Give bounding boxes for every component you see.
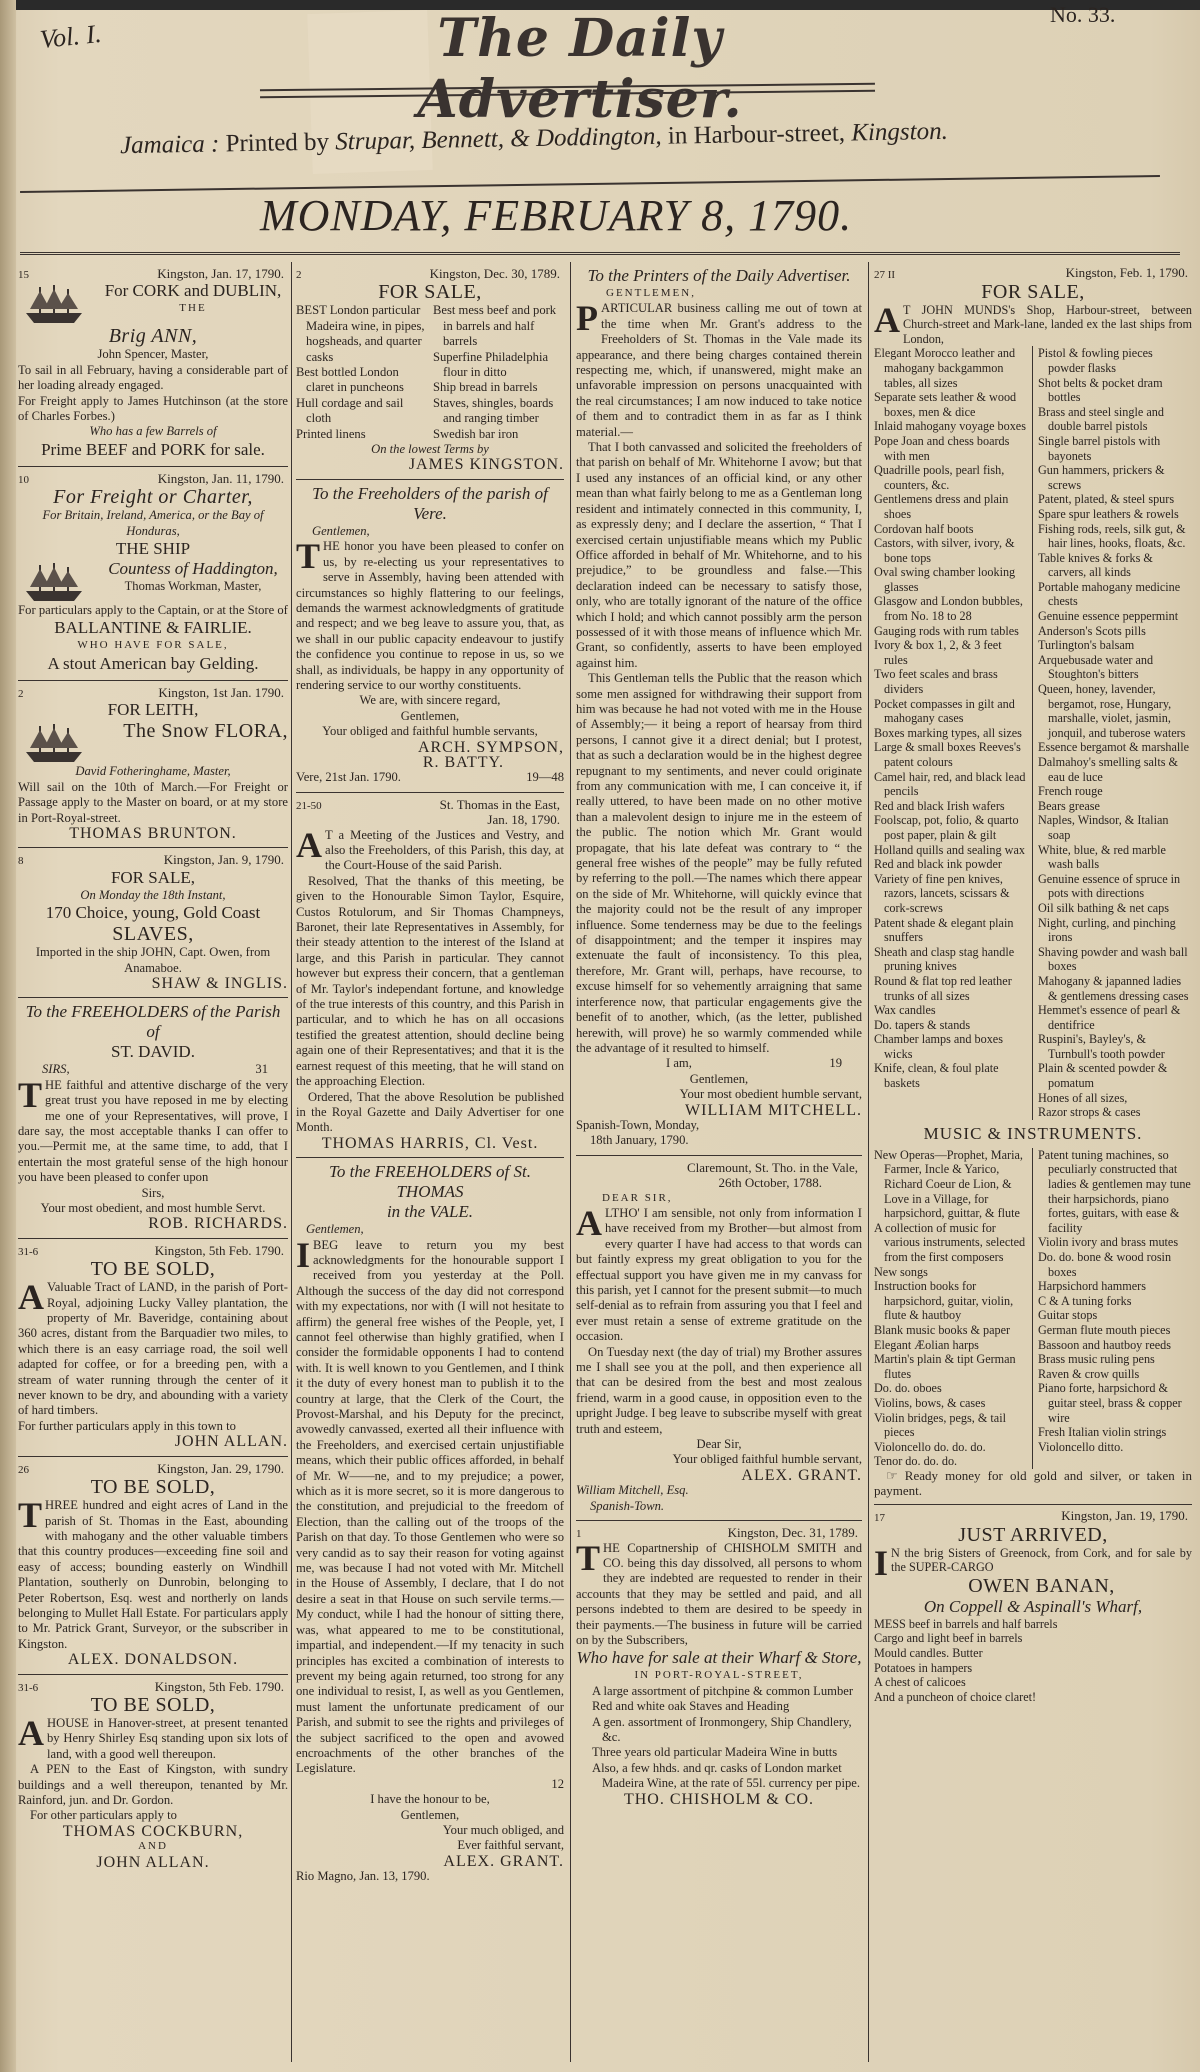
goods-item: Variety of fine pen knives, razors, lanc…	[874, 872, 1028, 916]
ad-body: Valuable Tract of LAND, in the parish of…	[18, 1280, 288, 1417]
ad-place: Rio Magno, Jan. 13, 1790.	[296, 1869, 564, 1884]
imprint-printers: Strupar, Bennett, & Doddington,	[335, 123, 662, 156]
goods-item: Sheath and clasp stag handle pruning kni…	[874, 945, 1028, 974]
ad-body: BEG leave to return you my best acknowle…	[296, 1238, 564, 1776]
goods-item: Inlaid mahogany voyage boxes	[874, 419, 1028, 434]
ad-headline: To the FREEHOLDERS of the Parish of	[18, 1002, 288, 1042]
drop-cap: T	[576, 1543, 600, 1573]
column-rule	[868, 262, 869, 2062]
goods-item: Genuine essence peppermint	[1038, 609, 1192, 624]
goods-item: BEST London particular Madeira wine, in …	[296, 303, 427, 365]
letter-paragraph: That I both canvassed and solicited the …	[576, 440, 862, 671]
goods-item: Violoncello do. do. do.	[874, 1440, 1028, 1455]
ship-icon	[22, 561, 92, 603]
drop-cap: A	[296, 830, 322, 860]
ad-headline: For Freight or Charter,	[18, 486, 288, 508]
drop-cap: A	[18, 1282, 44, 1312]
goods-item: Elegant Æolian harps	[874, 1338, 1028, 1353]
ad-subhead: WHO HAVE FOR SALE,	[18, 638, 288, 653]
goods-item: Two feet scales and brass dividers	[874, 667, 1028, 696]
ad-number: 17	[874, 1511, 885, 1526]
ad-number: 10	[18, 473, 29, 488]
imprint-text: Printed by	[225, 129, 329, 158]
goods-item: Patent, plated, & steel spurs	[1038, 492, 1192, 507]
goods-item: Red and black Irish wafers	[874, 799, 1028, 814]
ad-headline: To the Freeholders of the parish of Vere…	[296, 484, 564, 524]
ad-signature: THOMAS BRUNTON.	[18, 826, 288, 841]
ad-dateline: Kingston, Dec. 30, 1789.	[296, 266, 564, 281]
ad-sale-gold-coast: 8 Kingston, Jan. 9, 1790. FOR SALE, On M…	[18, 848, 288, 998]
goods-item: A gen. assortment of Ironmongery, Ship C…	[576, 1715, 862, 1746]
salutation: Gentlemen,	[296, 1222, 564, 1237]
goods-item: Night, curling, and pinching irons	[1038, 916, 1192, 945]
goods-item: Single barrel pistols with bayonets	[1038, 434, 1192, 463]
ad-number: 2	[296, 268, 302, 283]
ad-land-st-thomas: 26 Kingston, Jan. 29, 1790. TO BE SOLD, …	[18, 1457, 288, 1675]
goods-item: Camel hair, red, and black lead pencils	[874, 770, 1028, 799]
ad-firm: BALLANTINE & FAIRLIE.	[18, 618, 288, 638]
ad-cork-dublin: 15 Kingston, Jan. 17, 1790. For CORK and…	[18, 262, 288, 467]
ad-apply: For other particulars apply to	[18, 1808, 288, 1823]
ad-john-munds: 27 II Kingston, Feb. 1, 1790. FOR SALE, …	[874, 262, 1192, 1505]
closing: Dear Sir,	[576, 1437, 862, 1452]
goods-item: Hull cordage and sail cloth	[296, 396, 427, 427]
imprint-place: Jamaica :	[120, 130, 220, 159]
goods-item: And a puncheon of choice claret!	[874, 1690, 1192, 1705]
letter-grant: Claremount, St. Tho. in the Vale, 26th O…	[576, 1156, 862, 1521]
goods-item: Boxes marking types, all sizes	[874, 726, 1028, 741]
ad-headline: FOR SALE,	[18, 868, 288, 888]
goods-item: New songs	[874, 1265, 1028, 1280]
drop-cap: A	[18, 1718, 44, 1748]
goods-item: Castors, with silver, ivory, & bone tops	[874, 536, 1028, 565]
goods-item: Swedish bar iron	[433, 427, 564, 442]
ad-freight: For Freight apply to James Hutchinson (a…	[18, 394, 288, 425]
ad-st-david: To the FREEHOLDERS of the Parish of ST. …	[18, 998, 288, 1238]
goods-item: White, blue, & red marble wash balls	[1038, 843, 1192, 872]
ad-dateline: Jan. 18, 1790.	[296, 812, 564, 827]
drop-cap: P	[576, 303, 598, 333]
letter-mitchell: To the Printers of the Daily Advertiser.…	[576, 262, 862, 1156]
ad-number: 8	[18, 854, 24, 869]
ad-note: Who has a few Barrels of	[18, 424, 288, 439]
goods-item: Martin's plain & tipt German flutes	[874, 1352, 1028, 1381]
goods-item: Fresh Italian violin strings	[1038, 1425, 1192, 1440]
goods-list: BEST London particular Madeira wine, in …	[296, 303, 564, 442]
ad-body: Ordered, That the above Resolution be pu…	[296, 1090, 564, 1136]
goods-item: Foolscap, pot, folio, & quarto post pape…	[874, 813, 1028, 842]
goods-item: Also, a few hhds. and qr. casks of Londo…	[576, 1761, 862, 1792]
letter-paragraph: ARTICULAR business calling me out of tow…	[576, 301, 862, 438]
column-3: To the Printers of the Daily Advertiser.…	[576, 262, 862, 1813]
ad-number: 19—48	[526, 770, 564, 785]
goods-item: Anderson's Scots pills	[1038, 624, 1192, 639]
ship-icon	[22, 722, 92, 764]
salutation: DEAR SIR,	[576, 1191, 862, 1206]
goods-item: Shot belts & pocket dram bottles	[1038, 376, 1192, 405]
drop-cap: I	[874, 1548, 888, 1578]
goods-item: Pocket compasses in gilt and mahogany ca…	[874, 697, 1028, 726]
ad-st-thomas-vale: To the FREEHOLDERS of St. THOMAS in the …	[296, 1158, 564, 1890]
ad-signature: WILLIAM MITCHELL.	[576, 1103, 862, 1118]
ad-destinations: For Britain, Ireland, America, or the Ba…	[18, 508, 288, 539]
goods-item: Oval swing chamber looking glasses	[874, 565, 1028, 594]
music-section-heading: MUSIC & INSTRUMENTS.	[874, 1124, 1192, 1144]
ad-body: HREE hundred and eight acres of Land in …	[18, 1498, 288, 1651]
goods-item: Hemmet's essence of pearl & dentifrice	[1038, 1003, 1192, 1032]
ad-body: HE Copartnership of CHISHOLM SMITH and C…	[576, 1541, 862, 1647]
ad-dateline: Kingston, Jan. 9, 1790.	[18, 852, 288, 867]
ad-subhead: IN PORT-ROYAL-STREET,	[576, 1668, 862, 1683]
ad-dateline: Kingston, 5th Feb. 1790.	[18, 1679, 288, 1694]
goods-item: Red and white oak Staves and Heading	[576, 1699, 862, 1714]
ad-headline: FOR SALE,	[296, 281, 564, 303]
goods-item: Wax candles	[874, 1003, 1028, 1018]
goods-item: Oil silk bathing & net caps	[1038, 901, 1192, 916]
newspaper-title: The Daily Advertiser.	[300, 8, 860, 130]
ad-signature: JAMES KINGSTON.	[296, 457, 564, 472]
ad-signature: THO. CHISHOLM & CO.	[576, 1792, 862, 1807]
ad-signature: R. BATTY.	[296, 755, 564, 770]
goods-item: Separate sets leather & wood boxes, men …	[874, 390, 1028, 419]
column-2: 2 Kingston, Dec. 30, 1789. FOR SALE, BES…	[296, 262, 564, 1891]
closing: Your obliged and faithful humble servant…	[296, 724, 564, 739]
ad-body: HE honor you have been pleased to confer…	[296, 539, 564, 692]
goods-item: Guitar stops	[1038, 1308, 1192, 1323]
goods-item: Dalmahoy's smelling salts & eau de luce	[1038, 755, 1192, 784]
goods-item: Genuine essence of spruce in pots with d…	[1038, 872, 1192, 901]
ad-name: OWEN BANAN,	[874, 1575, 1192, 1597]
goods-list: Elegant Morocco leather and mahogany bac…	[874, 346, 1192, 1119]
drop-cap: T	[18, 1500, 42, 1530]
goods-item: Mould candles. Butter	[874, 1646, 1192, 1661]
ad-dateline: Kingston, Jan. 17, 1790.	[18, 266, 288, 281]
ad-dateline: Kingston, 5th Feb. 1790.	[18, 1243, 288, 1258]
ad-signature: ALEX. DONALDSON.	[18, 1652, 288, 1667]
salutation: SIRS,	[42, 1062, 70, 1077]
ad-and: AND	[18, 1839, 288, 1854]
closing: Gentlemen,	[576, 1072, 862, 1087]
ship-name: Brig ANN,	[18, 325, 288, 347]
goods-item: Chamber lamps and boxes wicks	[874, 1032, 1028, 1061]
ad-dateline: Claremount, St. Tho. in the Vale,	[576, 1160, 862, 1175]
ad-number: 26	[18, 1463, 29, 1478]
ad-headline: TO BE SOLD,	[18, 1476, 288, 1498]
goods-item: Pope Joan and chess boards with men	[874, 434, 1028, 463]
letter-paragraph: This Gentleman tells the Public that the…	[576, 671, 862, 1056]
ad-number: 2	[18, 687, 24, 702]
ad-number: 19	[829, 1056, 842, 1071]
goods-item: Pistol & fowling pieces powder flasks	[1038, 346, 1192, 375]
ad-number: 31	[255, 1062, 268, 1077]
ad-apply: For further particulars apply in this to…	[18, 1419, 288, 1434]
goods-item: Round & flat top red leather trunks of a…	[874, 974, 1028, 1003]
ad-where: On Coppell & Aspinall's Wharf,	[874, 1597, 1192, 1617]
closing: I have the honour to be,	[296, 1792, 564, 1807]
goods-item: Gentlemens dress and plain shoes	[874, 492, 1028, 521]
goods-item: Violin bridges, pegs, & tail pieces	[874, 1411, 1028, 1440]
ship-master: John Spencer, Master,	[18, 347, 288, 362]
ad-just-arrived: 17 Kingston, Jan. 19, 1790. JUST ARRIVED…	[874, 1505, 1192, 1710]
ad-dateline: Kingston, Dec. 31, 1789.	[576, 1525, 862, 1540]
ad-subhead: THE SHIP	[18, 539, 288, 559]
goods-item: German flute mouth pieces	[1038, 1323, 1192, 1338]
ad-line: Imported in the ship JOHN, Capt. Owen, f…	[18, 945, 288, 976]
imprint-street: in Harbour-street,	[668, 120, 846, 150]
drop-cap: T	[296, 541, 320, 571]
ad-headline: in the VALE.	[296, 1202, 564, 1222]
goods-item: Hones of all sizes,	[1038, 1091, 1192, 1106]
goods-item: Violoncello ditto.	[1038, 1440, 1192, 1455]
goods-item: Razor strops & cases	[1038, 1105, 1192, 1120]
ad-headline: JUST ARRIVED,	[874, 1524, 1192, 1546]
ad-signature: JOHN ALLAN.	[18, 1855, 288, 1870]
ad-body: N the brig Sisters of Greenock, from Cor…	[891, 1546, 1192, 1575]
ad-body: To sail in all February, having a consid…	[18, 363, 288, 394]
goods-item: A chest of calicoes	[874, 1675, 1192, 1690]
goods-item: Cargo and light beef in barrels	[874, 1631, 1192, 1646]
goods-item: Superfine Philadelphia flour in ditto	[433, 350, 564, 381]
music-list: New Operas—Prophet, Maria, Farmer, Incle…	[874, 1148, 1192, 1469]
ad-signature: SHAW & INGLIS.	[18, 976, 288, 991]
goods-item: Large & small boxes Reeves's patent colo…	[874, 740, 1028, 769]
ad-dateline: Kingston, Jan. 19, 1790.	[874, 1509, 1192, 1524]
closing: We are, with sincere regard,	[296, 693, 564, 708]
ad-body: A PEN to the East of Kingston, with sund…	[18, 1762, 288, 1808]
closing: Ever faithful servant,	[296, 1838, 564, 1853]
ad-kingston-sale: 2 Kingston, Dec. 30, 1789. FOR SALE, BES…	[296, 262, 564, 480]
salutation: Gentlemen,	[296, 524, 564, 539]
goods-item: A large assortment of pitchpine & common…	[576, 1684, 862, 1699]
goods-item: Table knives & forks & carvers, all kind…	[1038, 551, 1192, 580]
ship-master: David Fotheringhame, Master,	[18, 764, 288, 779]
ad-subhead: Who have for sale at their Wharf & Store…	[576, 1648, 862, 1668]
goods-item: Mahogany & japanned ladies & gentlemens …	[1038, 974, 1192, 1003]
ad-number: 31-6	[18, 1681, 38, 1696]
goods-item: Knife, clean, & foul plate baskets	[874, 1061, 1028, 1090]
goods-item: Printed linens	[296, 427, 427, 442]
ad-footer: Ready money for old gold and silver, or …	[874, 1468, 1192, 1498]
ad-signature: THOMAS HARRIS, Cl. Vest.	[296, 1136, 564, 1151]
ad-headline: TO BE SOLD,	[18, 1694, 288, 1716]
ad-dateline: Kingston, 1st Jan. 1790.	[18, 685, 288, 700]
goods-item: Ship bread in barrels	[433, 380, 564, 395]
goods-item: Spare spur leathers & rowels	[1038, 507, 1192, 522]
closing: Gentlemen,	[296, 1808, 564, 1823]
ad-house-hanover: 31-6 Kingston, 5th Feb. 1790. TO BE SOLD…	[18, 1675, 288, 1876]
letter-paragraph: On Tuesday next (the day of trial) my Br…	[576, 1345, 862, 1437]
ad-place: 18th January, 1790.	[576, 1133, 862, 1148]
drop-cap: I	[296, 1240, 310, 1270]
goods-item: Brass music ruling pens	[1038, 1352, 1192, 1367]
goods-item: New Operas—Prophet, Maria, Farmer, Incle…	[874, 1148, 1028, 1221]
goods-item: Bassoon and hautboy reeds	[1038, 1338, 1192, 1353]
closing: I am,	[666, 1056, 692, 1071]
goods-item: Plain & scented powder & pomatum	[1038, 1061, 1192, 1090]
goods-item: French rouge	[1038, 784, 1192, 799]
drop-cap: A	[874, 305, 900, 335]
ad-number: 27 II	[874, 268, 895, 283]
goods-item: Turlington's balsam	[1038, 638, 1192, 653]
goods-item: Best mess beef and pork in barrels and h…	[433, 303, 564, 349]
ad-dateline: 26th October, 1788.	[576, 1175, 862, 1190]
goods-item: MESS beef in barrels and half barrels	[874, 1617, 1192, 1632]
goods-item: Harpsichord hammers	[1038, 1279, 1192, 1294]
ad-body: HOUSE in Hanover-street, at present tena…	[47, 1716, 288, 1761]
goods-item: Brass and steel single and double barrel…	[1038, 405, 1192, 434]
ad-freight-charter: 10 Kingston, Jan. 11, 1790. For Freight …	[18, 467, 288, 681]
ad-goods: Prime BEEF and PORK for sale.	[18, 440, 288, 460]
ad-place: Vere, 21st Jan. 1790.	[296, 770, 401, 785]
goods-item: Best bottled London claret in puncheons	[296, 365, 427, 396]
ad-land-port-royal: 31-6 Kingston, 5th Feb. 1790. TO BE SOLD…	[18, 1239, 288, 1457]
ad-st-thomas-east: 21-50 St. Thomas in the East, Jan. 18, 1…	[296, 793, 564, 1158]
ad-number: 1	[576, 1527, 582, 1542]
goods-item: Staves, shingles, boards and ranging tim…	[433, 396, 564, 427]
ad-vere: To the Freeholders of the parish of Vere…	[296, 480, 564, 793]
salutation: GENTLEMEN,	[576, 286, 862, 301]
goods-item: Glasgow and London bubbles, from No. 18 …	[874, 594, 1028, 623]
goods-item: Quadrille pools, pearl fish, counters, &…	[874, 463, 1028, 492]
goods-item: Ruspini's, Bayley's, & Turnbull's tooth …	[1038, 1032, 1192, 1061]
ad-dateline: Kingston, Jan. 29, 1790.	[18, 1461, 288, 1476]
ad-number: 15	[18, 268, 29, 283]
ad-body: T a Meeting of the Justices and Vestry, …	[325, 828, 564, 873]
ad-headline: FOR LEITH,	[18, 700, 288, 720]
goods-item: Shaving powder and wash ball boxes	[1038, 945, 1192, 974]
ad-signature: JOHN ALLAN.	[18, 1434, 288, 1449]
goods-item: Three years old particular Madeira Wine …	[576, 1745, 862, 1760]
column-1: 15 Kingston, Jan. 17, 1790. For CORK and…	[18, 262, 288, 1876]
goods-item: Do. do. oboes	[874, 1381, 1028, 1396]
closing: Your much obliged, and	[296, 1823, 564, 1838]
goods-item: Essence bergamot & marshalle	[1038, 740, 1192, 755]
issue-number: No. 33.	[1050, 2, 1115, 28]
goods-item: Instruction books for harpsichord, guita…	[874, 1279, 1028, 1323]
drop-cap: T	[18, 1080, 42, 1110]
ad-chisholm: 1 Kingston, Dec. 31, 1789. THE Copartner…	[576, 1521, 862, 1813]
goods-item: Holland quills and sealing wax	[874, 843, 1028, 858]
goods-item: A collection of music for various instru…	[874, 1221, 1028, 1265]
ad-number: 21-50	[296, 799, 322, 814]
goods-item: Ivory & box 1, 2, & 3 feet rules	[874, 638, 1028, 667]
ad-signature: THOMAS COCKBURN,	[18, 1824, 288, 1839]
goods-item: Violins, bows, & cases	[874, 1396, 1028, 1411]
goods-item: Patent shade & elegant plain snuffers	[874, 916, 1028, 945]
ad-body: Will sail on the 10th of March.—For Frei…	[18, 780, 288, 826]
goods-item: Do. tapers & stands	[874, 1018, 1028, 1033]
ad-line: 170 Choice, young, Gold Coast	[18, 903, 288, 923]
goods-item: Gun hammers, prickers & screws	[1038, 463, 1192, 492]
goods-item: Potatoes in hampers	[874, 1661, 1192, 1676]
column-4: 27 II Kingston, Feb. 1, 1790. FOR SALE, …	[874, 262, 1192, 1710]
closing: Sirs,	[18, 1186, 288, 1201]
imprint-city: Kingston.	[851, 118, 948, 147]
ad-signature: ROB. RICHARDS.	[18, 1216, 288, 1231]
ad-leith: 2 Kingston, 1st Jan. 1790. FOR LEITH, Th…	[18, 681, 288, 848]
volume-label: Vol. I.	[39, 19, 103, 55]
issue-date: MONDAY, FEBRUARY 8, 1790.	[260, 190, 860, 241]
ad-headline: TO BE SOLD,	[18, 1258, 288, 1280]
drop-cap: A	[576, 1208, 602, 1238]
ad-dateline: St. Thomas in the East,	[296, 797, 564, 812]
column-rule	[570, 262, 571, 2062]
closing: Your most obedient humble servant,	[576, 1087, 862, 1102]
ad-headline: To the FREEHOLDERS of St. THOMAS	[296, 1162, 564, 1202]
ad-headline: FOR SALE,	[874, 281, 1192, 303]
goods-item: Piano forte, harpsichord & guitar steel,…	[1038, 1381, 1192, 1425]
goods-item: Violin ivory and brass mutes	[1038, 1235, 1192, 1250]
goods-item: Blank music books & paper	[874, 1323, 1028, 1338]
addressee: William Mitchell, Esq.	[576, 1483, 862, 1498]
goods-item: Tenor do. do. do.	[874, 1454, 1028, 1469]
closing: Your most obedient, and most humble Serv…	[18, 1201, 288, 1216]
goods-item: Arquebusade water and Stoughton's bitter…	[1038, 653, 1192, 682]
ad-signature: ALEX. GRANT.	[576, 1468, 862, 1483]
ad-body: Resolved, That the thanks of this meetin…	[296, 874, 564, 1090]
binding-spine	[0, 0, 16, 2072]
addressee: Spanish-Town.	[576, 1499, 862, 1514]
column-rule	[291, 262, 292, 2062]
date-rule	[20, 252, 1180, 255]
pointing-hand-icon: ☞	[886, 1468, 898, 1483]
ad-body: HE faithful and attentive discharge of t…	[18, 1078, 288, 1184]
closing: Your obliged faithful humble servant,	[576, 1452, 862, 1467]
ad-body: T JOHN MUNDS's Shop, Harbour-street, bet…	[903, 303, 1192, 346]
ad-headline: To the Printers of the Daily Advertiser.	[576, 266, 862, 286]
letter-paragraph: LTHO' I am sensible, not only from infor…	[576, 1206, 862, 1343]
ad-place: Spanish-Town, Monday,	[576, 1118, 862, 1133]
ad-body: For particulars apply to the Captain, or…	[18, 603, 288, 618]
goods-item: Elegant Morocco leather and mahogany bac…	[874, 346, 1028, 390]
goods-item: Gauging rods with rum tables	[874, 624, 1028, 639]
closing: Gentlemen,	[296, 709, 564, 724]
ad-dateline: Kingston, Jan. 11, 1790.	[18, 471, 288, 486]
ad-signature: ARCH. SYMPSON,	[296, 740, 564, 755]
goods-item: Do. do. bone & wood rosin boxes	[1038, 1250, 1192, 1279]
ad-big-word: SLAVES,	[18, 923, 288, 945]
ad-terms: On the lowest Terms by	[296, 442, 564, 457]
ship-icon	[22, 283, 92, 325]
goods-item: Cordovan half boots	[874, 522, 1028, 537]
goods-item: Bears grease	[1038, 799, 1192, 814]
goods-item: Red and black ink powder	[874, 857, 1028, 872]
goods-item: Naples, Windsor, & Italian soap	[1038, 813, 1192, 842]
goods-item: C & A tuning forks	[1038, 1294, 1192, 1309]
ad-goods: A stout American bay Gelding.	[18, 654, 288, 674]
ad-when: On Monday the 18th Instant,	[18, 888, 288, 903]
goods-item: Fishing rods, reels, silk gut, & hair li…	[1038, 522, 1192, 551]
goods-item: Patent tuning machines, so peculiarly co…	[1038, 1148, 1192, 1236]
ad-dateline: Kingston, Feb. 1, 1790.	[874, 266, 1192, 281]
ad-signature: ALEX. GRANT.	[296, 1854, 564, 1869]
goods-item: Queen, honey, lavender, bergamot, rose, …	[1038, 682, 1192, 740]
newspaper-page: Vol. I. No. 33. The Daily Advertiser. Ja…	[0, 0, 1200, 2072]
ad-headline: ST. DAVID.	[18, 1042, 288, 1062]
ad-number: 12	[296, 1777, 564, 1792]
goods-item: Portable mahogany medicine chests	[1038, 580, 1192, 609]
ad-number: 31-6	[18, 1245, 38, 1260]
goods-item: Raven & crow quills	[1038, 1367, 1192, 1382]
